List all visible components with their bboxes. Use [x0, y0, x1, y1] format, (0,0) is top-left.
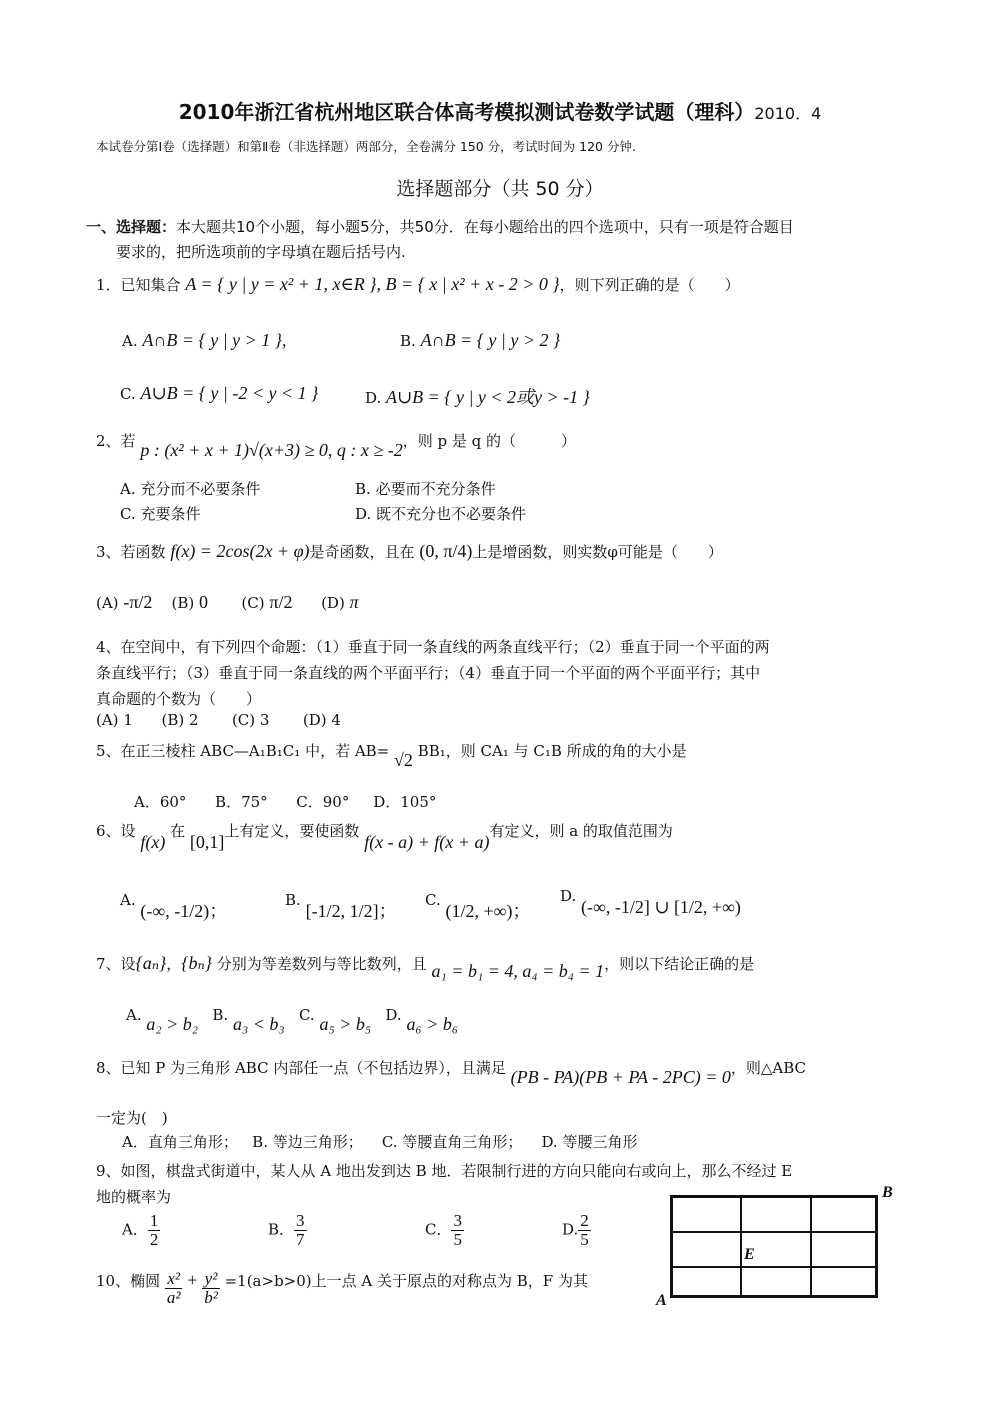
q6-f: f(x) [140, 832, 165, 852]
option-text: A∩B = { y | y > 1 }, [142, 330, 286, 350]
part-instructions: 一、选择题：本大题共10个小题，每小题5分，共50分．在每小题给出的四个选项中，… [86, 216, 794, 237]
point-e-label: E [744, 1246, 755, 1264]
option-label: B． [268, 1220, 294, 1238]
denominator: b² [202, 1289, 220, 1307]
option-label: A． [122, 1220, 148, 1238]
option-label: C. [382, 1133, 398, 1151]
q1-math: A = { y | y = x² + 1, x∈R }, B = { x | x… [185, 274, 559, 294]
option-text: (-∞, -1/2] ∪ [1/2, +∞) [581, 897, 741, 917]
q2-number: 2、若 [96, 432, 136, 450]
denominator: 2 [148, 1231, 161, 1249]
option-label: (D) [303, 711, 327, 729]
fraction: x²a² [165, 1270, 183, 1307]
q10-tail: =1(a>b>0)上一点 A 关于原点的对称点为 B，F 为其 [225, 1272, 588, 1290]
part-instructions-2: 要求的，把所选项前的字母填在题后括号内. [116, 241, 406, 262]
q5-sqrt: √2 [394, 750, 413, 770]
fraction: 35 [451, 1212, 464, 1249]
part-label: 一、选择题： [86, 218, 176, 236]
option-label: C. [120, 505, 136, 523]
numerator: 1 [148, 1212, 161, 1231]
q2-option-b: B. 必要而不充分条件 [355, 478, 496, 499]
q6-option-d: D. (-∞, -1/2] ∪ [1/2, +∞) [560, 885, 741, 906]
option-text: 0 [199, 592, 208, 612]
option-text: a₂ > b₂ [146, 1014, 198, 1034]
option-label: D. [560, 887, 576, 905]
q9-option-c: C．35 [425, 1212, 464, 1249]
option-text: A∪B = { y | y < 2或y > -1 } [386, 387, 590, 407]
fraction: 25 [578, 1212, 591, 1249]
q9-option-a: A．12 [122, 1212, 160, 1249]
option-text: 充分而不必要条件 [140, 480, 260, 498]
option-text: 等边三角形； [273, 1133, 363, 1151]
q4-line-1: 4、在空间中，有下列四个命题：（1）垂直于同一条直线的两条直线平行；（2）垂直于… [96, 636, 770, 657]
q5-text-a: 5、在正三棱柱 ABC—A₁B₁C₁ 中，若 AB= [96, 742, 389, 760]
q4-line-2: 条直线平行；（3）垂直于同一条直线的两个平面平行；（4）垂直于同一个平面的两个平… [96, 662, 760, 683]
option-text: π/2 [269, 592, 292, 612]
section-title: 选择题部分（共 50 分） [0, 174, 1000, 201]
option-label: D． [373, 793, 400, 811]
option-text: A∪B = { y | -2 < y < 1 } [141, 383, 319, 403]
q7-bn: {bₙ} [181, 953, 212, 973]
option-label: D. [365, 389, 381, 407]
numerator: 2 [578, 1212, 591, 1231]
q9-line-1: 9、如图，棋盘式街道中，某人从 A 地出发到达 B 地．若限制行进的方向只能向右… [96, 1160, 792, 1181]
option-text: 等腰直角三角形； [402, 1133, 522, 1151]
option-text: 90° [323, 793, 350, 811]
q6-g: f(x - a) + f(x + a) [364, 832, 489, 852]
numerator: 3 [294, 1212, 307, 1231]
q3-mid: 是奇函数，且在 [310, 543, 415, 561]
q4-options: (A) 1 (B) 2 (C) 3 (D) 4 [96, 711, 341, 729]
option-label: (A) [96, 594, 119, 612]
option-label: D. [562, 1220, 578, 1238]
q6-number: 6、设 [96, 822, 136, 840]
denominator: 5 [578, 1231, 591, 1249]
q2-option-c: C. 充要条件 [120, 503, 201, 524]
q4-line-3: 真命题的个数为（ ） [96, 688, 261, 709]
point-b-label: B [882, 1184, 893, 1202]
option-text: 等腰三角形 [562, 1133, 637, 1151]
q8-line-2: 一定为( ) [96, 1107, 168, 1128]
option-label: C. [299, 1006, 315, 1024]
option-label: B. [355, 480, 371, 498]
option-label: A. [120, 480, 136, 498]
grid-line [740, 1198, 742, 1295]
q3-tail: 上是增函数，则实数φ可能是（ ） [472, 543, 723, 561]
q6-option-a: A. (-∞, -1/2)； [120, 885, 227, 911]
plus-sign: + [187, 1270, 197, 1290]
q3-options: (A) -π/2 (B) 0 (C) π/2 (D) π [96, 592, 359, 613]
q3-number: 3、若函数 [96, 543, 166, 561]
q8-tail: ，则△ABC [731, 1059, 806, 1077]
option-label: C． [296, 793, 322, 811]
denominator: 7 [294, 1231, 307, 1249]
option-label: (D) [321, 594, 345, 612]
exam-title: 2010年浙江省杭州地区联合体高考模拟测试卷数学试题（理科）2010．4 [0, 96, 1000, 125]
q7-tail: ，则以下结论正确的是 [604, 955, 754, 973]
option-text: 3 [260, 711, 270, 729]
question-3: 3、若函数 f(x) = 2cos(2x + φ)是奇函数，且在 (0, π/4… [96, 541, 723, 562]
option-label: (C) [241, 594, 264, 612]
q1-option-d: D. A∪B = { y | y < 2或y > -1 } [365, 383, 590, 409]
option-label: (C) [232, 711, 255, 729]
option-label: A． [134, 793, 160, 811]
option-text: 60° [160, 793, 187, 811]
q6-option-c: C. (1/2, +∞)； [425, 885, 530, 911]
q6-mid: 上有定义，要使函数 [224, 822, 359, 840]
q8-math: (PB - PA)(PB + PA - 2PC) = 0 [511, 1067, 731, 1087]
option-text: A∩B = { y | y > 2 } [421, 330, 561, 350]
option-text: 2 [189, 711, 199, 729]
q8-head: 8、已知 P 为三角形 ABC 内部任一点（不包括边界），且满足 [96, 1059, 506, 1077]
option-label: B. [212, 1006, 228, 1024]
question-2: 2、若 p : (x² + x + 1)√(x+3) ≥ 0, q : x ≥ … [96, 430, 576, 451]
option-text: a₅ > b₅ [319, 1014, 371, 1034]
option-label: A． [122, 1133, 148, 1151]
question-7: 7、设{aₙ}，{bₙ} 分别为等差数列与等比数列，且 a₁ = b₁ = 4,… [96, 953, 754, 974]
q9-line-2: 地的概率为 [96, 1186, 171, 1207]
q6-domain: [0,1] [190, 832, 225, 852]
q2-tail: ，则 p 是 q 的（ ） [403, 432, 576, 450]
q7-cond: a₁ = b₁ = 4, a₄ = b₄ = 1 [432, 961, 605, 981]
option-label: A. [120, 891, 136, 909]
option-text: a₃ < b₃ [233, 1014, 285, 1034]
exam-date: 2010．4 [754, 104, 821, 123]
question-10: 10、椭圆 x²a² + y²b² =1(a>b>0)上一点 A 关于原点的对称… [96, 1270, 588, 1307]
question-5: 5、在正三棱柱 ABC—A₁B₁C₁ 中，若 AB= √2 BB₁，则 CA₁ … [96, 740, 687, 761]
q9-option-b: B．37 [268, 1212, 307, 1249]
option-text: (1/2, +∞)； [446, 901, 531, 921]
option-label: C． [425, 1220, 451, 1238]
option-label: D. [541, 1133, 557, 1151]
numerator: y² [202, 1270, 220, 1289]
q2-math: p : (x² + x + 1)√(x+3) ≥ 0, q : x ≥ -2 [140, 440, 402, 460]
grid-line [673, 1266, 875, 1268]
option-text: 既不充分也不必要条件 [376, 505, 526, 523]
option-text: [-1/2, 1/2]； [306, 901, 397, 921]
q5-options: A．60° B．75° C．90° D．105° [134, 791, 436, 812]
option-label: B. [285, 891, 301, 909]
option-text: π [350, 592, 359, 612]
option-label: D. [355, 505, 371, 523]
fraction: 12 [148, 1212, 161, 1249]
option-text: 4 [331, 711, 341, 729]
question-8: 8、已知 P 为三角形 ABC 内部任一点（不包括边界），且满足 (PB - P… [96, 1057, 806, 1078]
numerator: x² [165, 1270, 183, 1289]
q9-option-d: D.25 [562, 1212, 591, 1249]
option-label: (B) [172, 594, 195, 612]
question-1: 1．已知集合 A = { y | y = x² + 1, x∈R }, B = … [96, 274, 740, 295]
denominator: a² [165, 1289, 183, 1307]
grid-line [673, 1231, 875, 1233]
q7-mid: 分别为等差数列与等比数列，且 [217, 955, 427, 973]
q1-option-c: C. A∪B = { y | -2 < y < 1 } [120, 383, 318, 404]
q2-option-a: A. 充分而不必要条件 [120, 478, 260, 499]
fraction: y²b² [202, 1270, 220, 1307]
option-text: 1 [123, 711, 133, 729]
q5-text-c: BB₁，则 CA₁ 与 C₁B 所成的角的大小是 [418, 742, 687, 760]
option-text: a₆ > b₆ [406, 1014, 458, 1034]
option-label: C. [425, 891, 441, 909]
q1-number: 1．已知集合 [96, 276, 181, 294]
title-text: 2010年浙江省杭州地区联合体高考模拟测试卷数学试题（理科） [179, 100, 755, 124]
exam-intro: 本试卷分第Ⅰ卷（选择题）和第Ⅱ卷（非选择题）两部分，全卷满分 150 分，考试时… [96, 137, 636, 155]
q1-option-a: A. A∩B = { y | y > 1 }, [122, 330, 287, 351]
option-text: 直角三角形； [148, 1133, 238, 1151]
q3-interval: (0, π/4) [419, 541, 472, 561]
option-text: 105° [400, 793, 436, 811]
question-6: 6、设 f(x) 在 [0,1]上有定义，要使函数 f(x - a) + f(x… [96, 820, 673, 841]
q10-number: 10、椭圆 [96, 1272, 160, 1290]
q7-options: A. a₂ > b₂ B. a₃ < b₃ C. a₅ > b₅ D. a₆ >… [126, 1004, 458, 1025]
q7-an: {aₙ} [136, 953, 167, 973]
q3-math: f(x) = 2cos(2x + φ) [170, 541, 309, 561]
option-label: B. [400, 332, 416, 350]
option-text: -π/2 [123, 592, 152, 612]
option-text: (-∞, -1/2)； [140, 901, 227, 921]
option-text: 充要条件 [141, 505, 201, 523]
q6-in: 在 [170, 822, 185, 840]
option-label: A. [126, 1006, 142, 1024]
street-grid-figure [670, 1195, 878, 1298]
option-label: (B) [161, 711, 184, 729]
option-label: B． [215, 793, 241, 811]
numerator: 3 [451, 1212, 464, 1231]
option-label: D. [385, 1006, 401, 1024]
q7-sep: ， [166, 955, 181, 973]
option-text: 必要而不充分条件 [376, 480, 496, 498]
option-label: C. [120, 385, 136, 403]
grid-line [810, 1198, 812, 1295]
q7-number: 7、设 [96, 955, 136, 973]
q6-tail: 有定义，则 a 的取值范围为 [489, 822, 672, 840]
denominator: 5 [451, 1231, 464, 1249]
q8-options: A．直角三角形； B. 等边三角形； C. 等腰直角三角形； D. 等腰三角形 [122, 1131, 638, 1152]
option-text: 75° [241, 793, 268, 811]
q2-option-d: D. 既不充分也不必要条件 [355, 503, 526, 524]
fraction: 37 [294, 1212, 307, 1249]
option-label: A. [122, 332, 138, 350]
q6-option-b: B. [-1/2, 1/2]； [285, 885, 397, 911]
option-label: (A) [96, 711, 119, 729]
q1-option-b: B. A∩B = { y | y > 2 } [400, 330, 560, 351]
point-a-label: A [656, 1292, 667, 1310]
part-text: 本大题共10个小题，每小题5分，共50分．在每小题给出的四个选项中，只有一项是符… [176, 218, 794, 236]
q1-tail: ，则下列正确的是（ ） [560, 276, 740, 294]
option-label: B. [252, 1133, 268, 1151]
